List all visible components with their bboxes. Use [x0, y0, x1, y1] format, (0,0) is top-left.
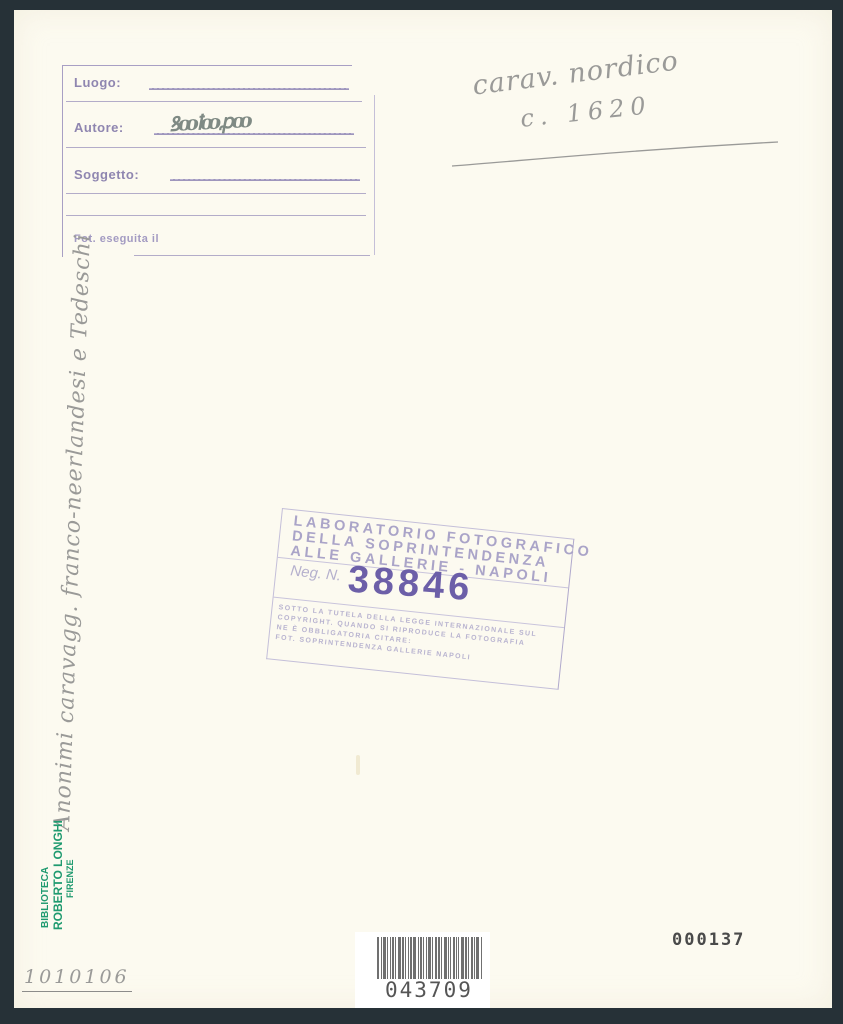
stamp-border [62, 65, 352, 66]
negative-label: Neg. N. [290, 562, 342, 584]
barcode-bar [428, 937, 431, 979]
barcode-bar [381, 937, 382, 979]
barcode-bar [392, 937, 394, 979]
barcode-bar [402, 937, 404, 979]
barcode-bar [438, 937, 440, 979]
barcode-bar [398, 937, 401, 979]
barcode-bar [410, 937, 412, 979]
barcode-label: 043709 [355, 932, 490, 1008]
barcode-bar [390, 937, 391, 979]
barcode-bar [426, 937, 427, 979]
barcode-bar [387, 937, 388, 979]
barcode-bar [458, 937, 459, 979]
separator [134, 255, 370, 256]
inventory-number: 1010106 [24, 966, 130, 988]
library-stamp: BIBLIOTECA ROBERTO LONGHI FIRENZE [40, 820, 76, 930]
barcode-bar [465, 937, 467, 979]
barcode-bar [435, 937, 437, 979]
library-stamp-line: FIRENZE [64, 820, 76, 930]
copyright-fine-print: SOTTO LA TUTELA DELLA LEGGE INTERNAZIONA… [275, 603, 538, 670]
negative-number: 38846 [346, 559, 474, 611]
field-label: Luogo: [74, 75, 121, 90]
laboratory-stamp: LABORATORIO FOTOGRAFICO DELLA SOPRINTEND… [266, 508, 574, 690]
barcode-bar [413, 937, 416, 979]
form-field-luogo: Luogo: [74, 75, 121, 90]
barcode-bar [441, 937, 442, 979]
barcode-bar [420, 937, 422, 979]
separator [66, 147, 366, 148]
barcode-bar [471, 937, 473, 979]
field-label: Soggetto: [74, 167, 139, 182]
barcode-bar [405, 937, 406, 979]
separator [66, 193, 366, 194]
barcode-bar [423, 937, 424, 979]
archive-form-stamp: Luogo: Autore: ꝸꝏꝉꝏꝓꝏ Soggetto: Fot. ese… [62, 65, 374, 260]
crossed-out-author-scribble: ꝸꝏꝉꝏꝓꝏ [168, 106, 251, 137]
stamp-border [374, 95, 375, 255]
barcode-bar [418, 937, 419, 979]
paper-stain [356, 755, 360, 775]
barcode-bar [450, 937, 451, 979]
field-label: Autore: [74, 120, 124, 135]
barcode-bar [474, 937, 475, 979]
barcode-bar [408, 937, 409, 979]
barcode-bar [453, 937, 455, 979]
barcode-bar [377, 937, 379, 979]
separator [66, 101, 362, 102]
barcode-bar [468, 937, 469, 979]
barcode-bar [444, 937, 447, 979]
barcode-bars [377, 937, 483, 979]
field-line [170, 179, 360, 181]
library-stamp-line: ROBERTO LONGHI [52, 820, 64, 930]
barcode-number: 043709 [385, 978, 473, 1002]
barcode-bar [383, 937, 386, 979]
field-line [149, 88, 349, 90]
barcode-bar [461, 937, 464, 979]
serial-number: 000137 [672, 930, 745, 950]
barcode-bar [395, 937, 396, 979]
barcode-bar [448, 937, 449, 979]
barcode-bar [456, 937, 457, 979]
barcode-bar [481, 937, 482, 979]
barcode-bar [476, 937, 479, 979]
inventory-underline [22, 991, 132, 992]
separator [66, 215, 366, 216]
pencil-underline [450, 140, 780, 168]
form-field-soggetto: Soggetto: [74, 167, 139, 182]
stamp-border [62, 65, 63, 257]
form-field-autore: Autore: [74, 120, 124, 135]
barcode-bar [432, 937, 433, 979]
